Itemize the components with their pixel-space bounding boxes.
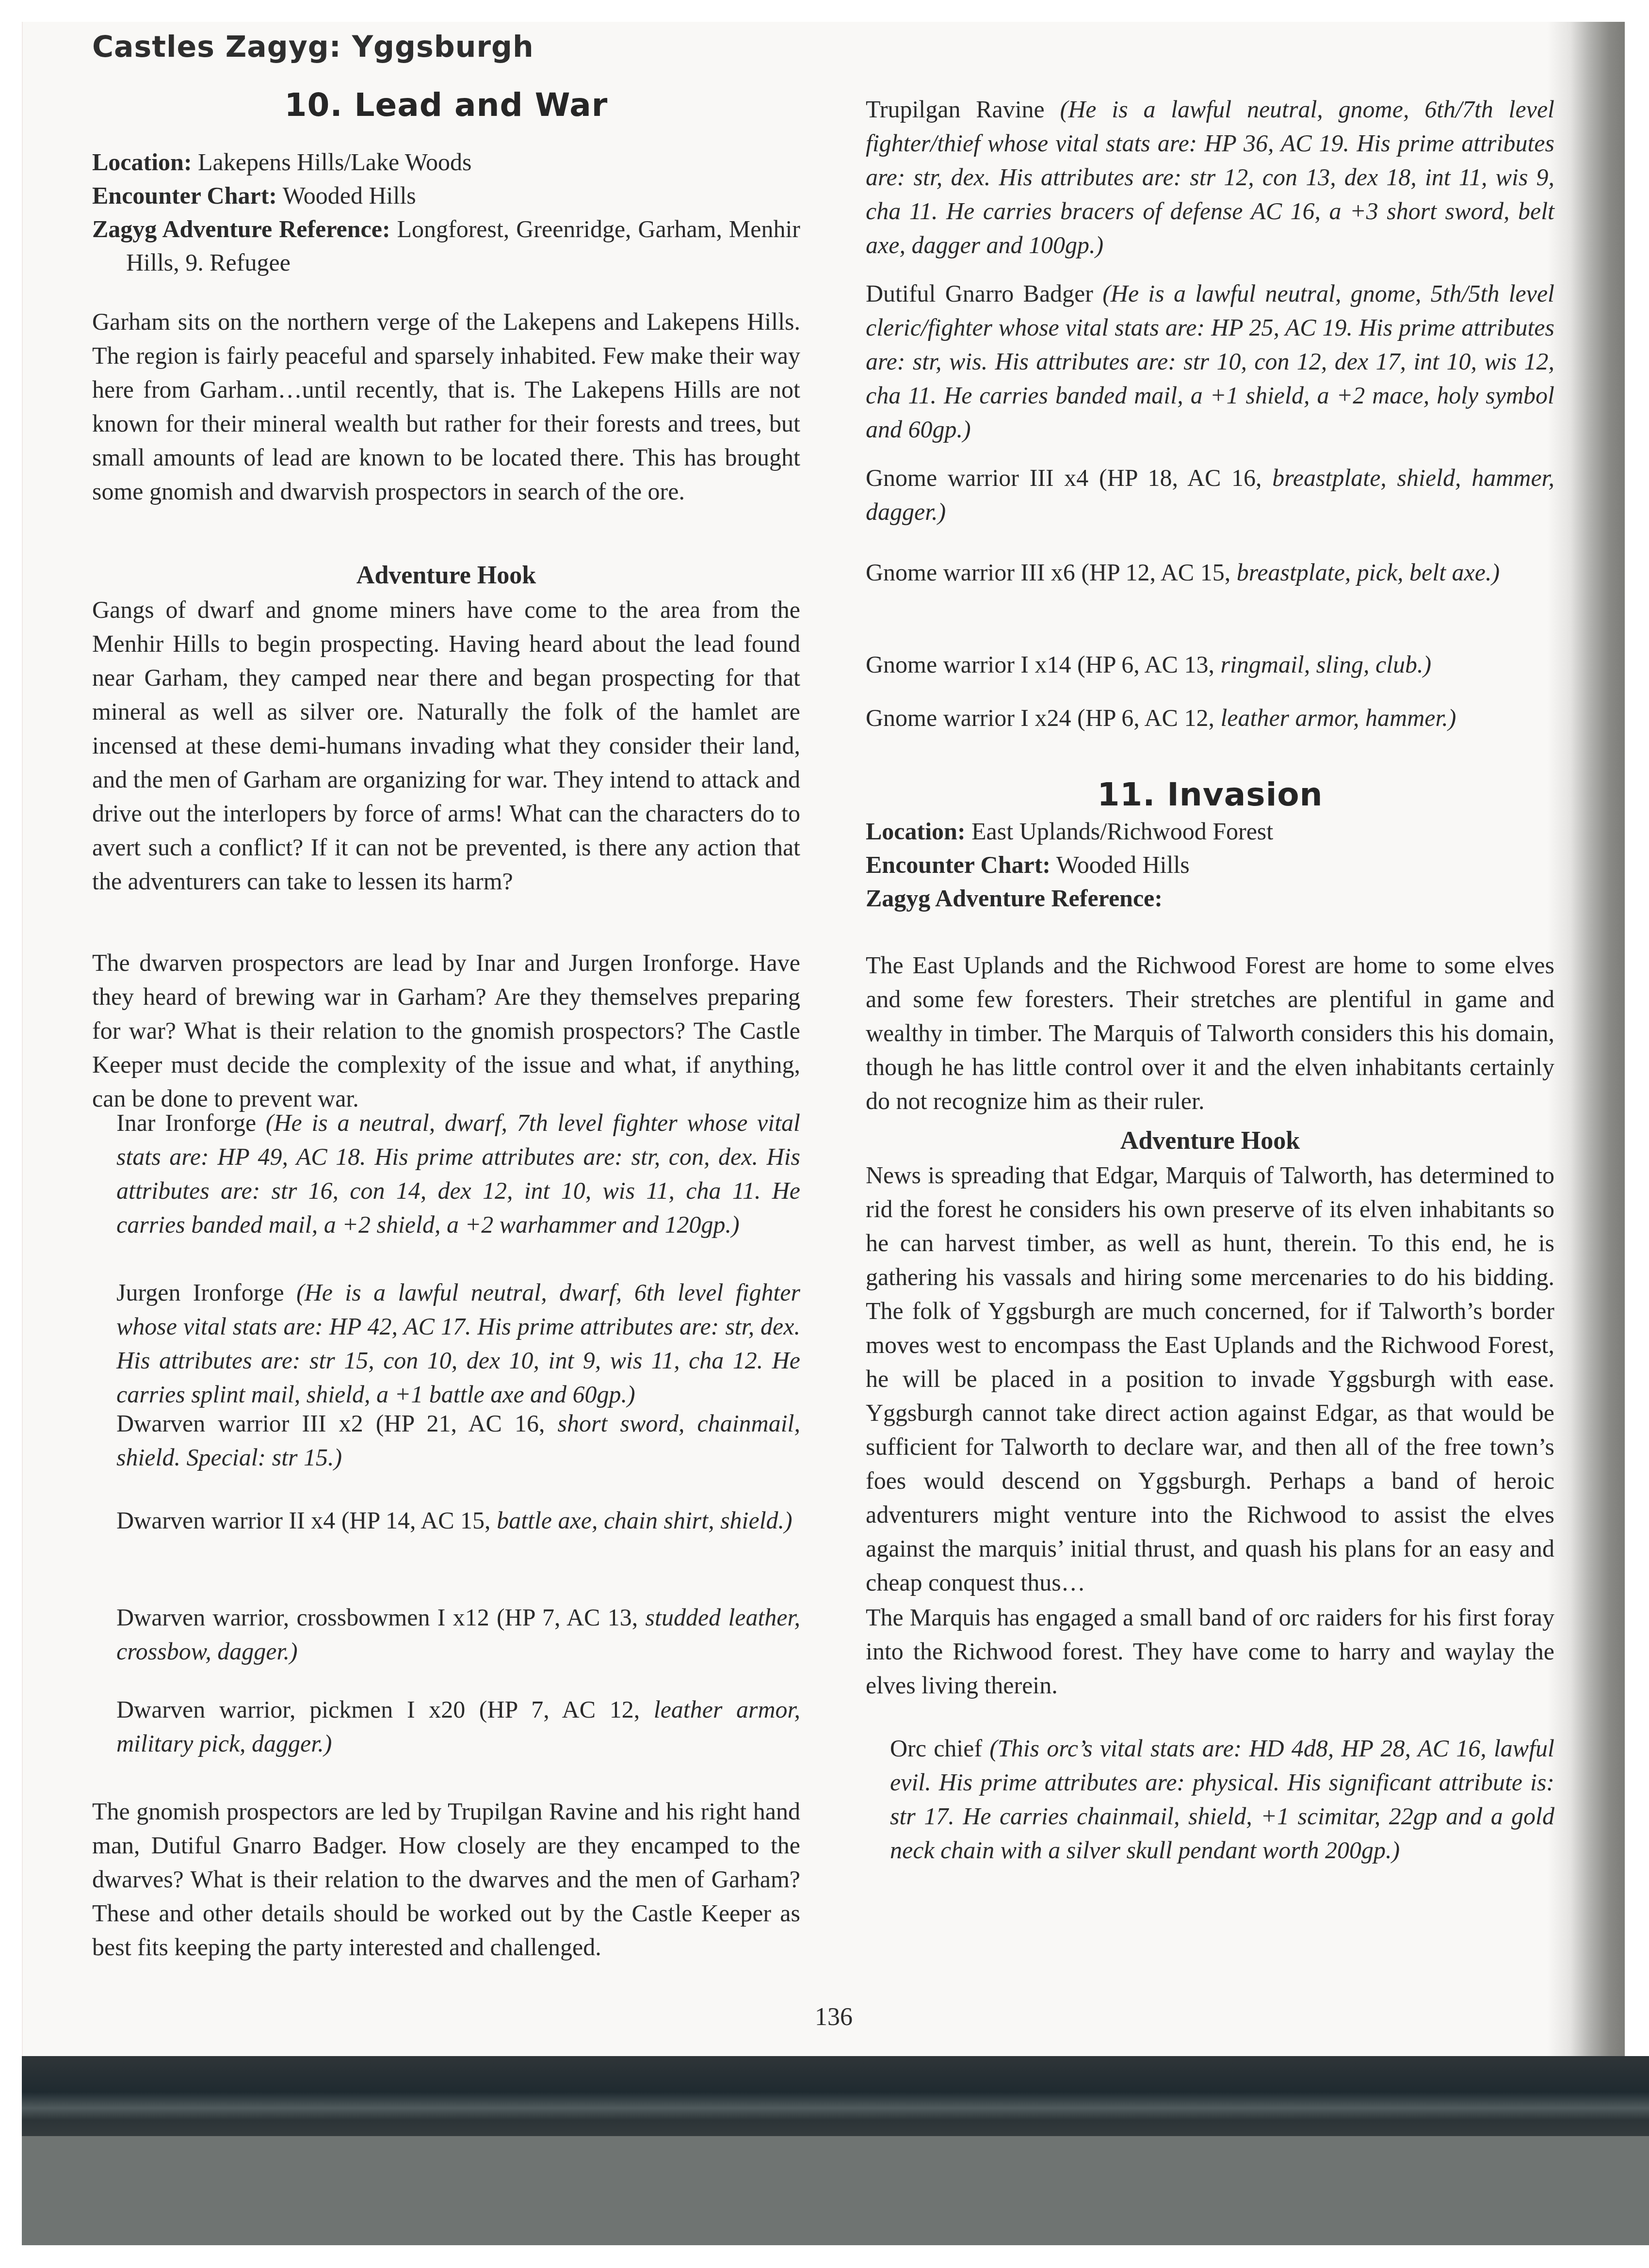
stat-block-pickmen: Dwarven warrior, pickmen I x20 (HP 7, AC…: [92, 1692, 800, 1760]
invasion-intro-paragraph: The East Uplands and the Richwood Forest…: [866, 948, 1554, 1118]
orc-raiders-paragraph: The Marquis has engaged a small band of …: [866, 1600, 1554, 1702]
stat-block-jurgen: Jurgen Ironforge (He is a lawful neutral…: [92, 1275, 800, 1411]
stat-block-gnome-warrior-i-x24: Gnome warrior I x24 (HP 6, AC 12, leathe…: [866, 701, 1554, 735]
adventure-hook-heading: Adventure Hook: [92, 559, 800, 593]
stat-block-inar: Inar Ironforge (He is a neutral, dwarf, …: [92, 1106, 800, 1241]
stat-block-gnome-warrior-i-x14: Gnome warrior I x14 (HP 6, AC 13, ringma…: [866, 647, 1554, 681]
adventure-hook-heading: Adventure Hook: [866, 1124, 1554, 1158]
intro-paragraph: Garham sits on the northern verge of the…: [92, 305, 800, 508]
encounter-chart-line: Encounter Chart: Wooded Hills: [92, 179, 800, 212]
stat-block-trupilgan: Trupilgan Ravine (He is a lawful neutral…: [866, 92, 1554, 262]
gnomes-paragraph: The gnomish prospectors are led by Trupi…: [92, 1794, 800, 1964]
section-title-lead-and-war: 10. Lead and War: [92, 86, 800, 124]
stat-block-crossbowmen: Dwarven warrior, crossbowmen I x12 (HP 7…: [92, 1600, 800, 1668]
stat-block-gnome-warrior-iii-x4: Gnome warrior III x4 (HP 18, AC 16, brea…: [866, 461, 1554, 529]
section-title-invasion: 11. Invasion: [866, 776, 1554, 813]
stat-block-gnome-warrior-iii-x6: Gnome warrior III x6 (HP 12, AC 15, brea…: [866, 555, 1554, 589]
invasion-hook-paragraph: News is spreading that Edgar, Marquis of…: [866, 1158, 1554, 1599]
stat-block-dwarven-warrior-iii: Dwarven warrior III x2 (HP 21, AC 16, sh…: [92, 1406, 800, 1474]
encounter-chart-line: Encounter Chart: Wooded Hills: [866, 848, 1554, 882]
dwarves-paragraph: The dwarven prospectors are lead by Inar…: [92, 946, 800, 1115]
running-header: Castles Zagyg: Yggsburgh: [92, 30, 534, 64]
location-line: Location: East Uplands/Richwood Forest: [866, 815, 1554, 848]
scanner-edge-dark: [22, 2056, 1649, 2136]
adventure-reference-line: Zagyg Adventure Reference: Longforest, G…: [92, 212, 800, 279]
section-meta-invasion: Location: East Uplands/Richwood Forest E…: [866, 815, 1554, 915]
scanner-edge-grey: [22, 2136, 1649, 2245]
adventure-hook-paragraph: Gangs of dwarf and gnome miners have com…: [92, 593, 800, 898]
adventure-reference-line: Zagyg Adventure Reference:: [866, 882, 1554, 915]
stat-block-orc-chief: Orc chief (This orc’s vital stats are: H…: [866, 1731, 1554, 1867]
section-meta: Location: Lakepens Hills/Lake Woods Enco…: [92, 145, 800, 279]
location-line: Location: Lakepens Hills/Lake Woods: [92, 145, 800, 179]
stat-block-gnarro: Dutiful Gnarro Badger (He is a lawful ne…: [866, 276, 1554, 446]
binding-shadow: [1547, 22, 1625, 2056]
stat-block-dwarven-warrior-ii: Dwarven warrior II x4 (HP 14, AC 15, bat…: [92, 1503, 800, 1537]
page-number: 136: [815, 2003, 853, 2031]
